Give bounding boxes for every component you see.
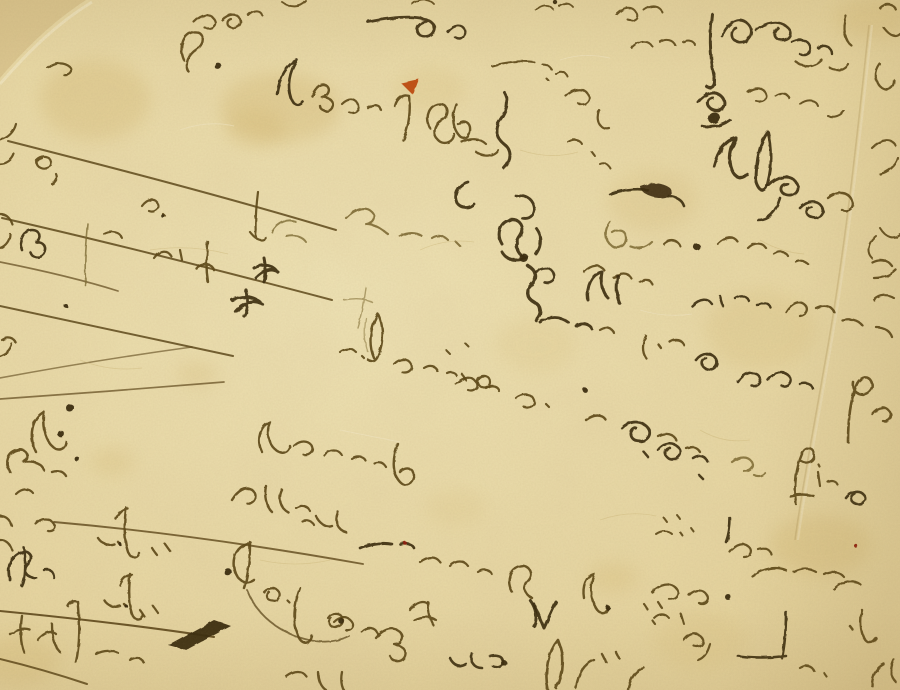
manuscript-scan — [0, 0, 900, 690]
manuscript-page — [0, 0, 900, 690]
paper-grain-overlay — [0, 0, 900, 690]
